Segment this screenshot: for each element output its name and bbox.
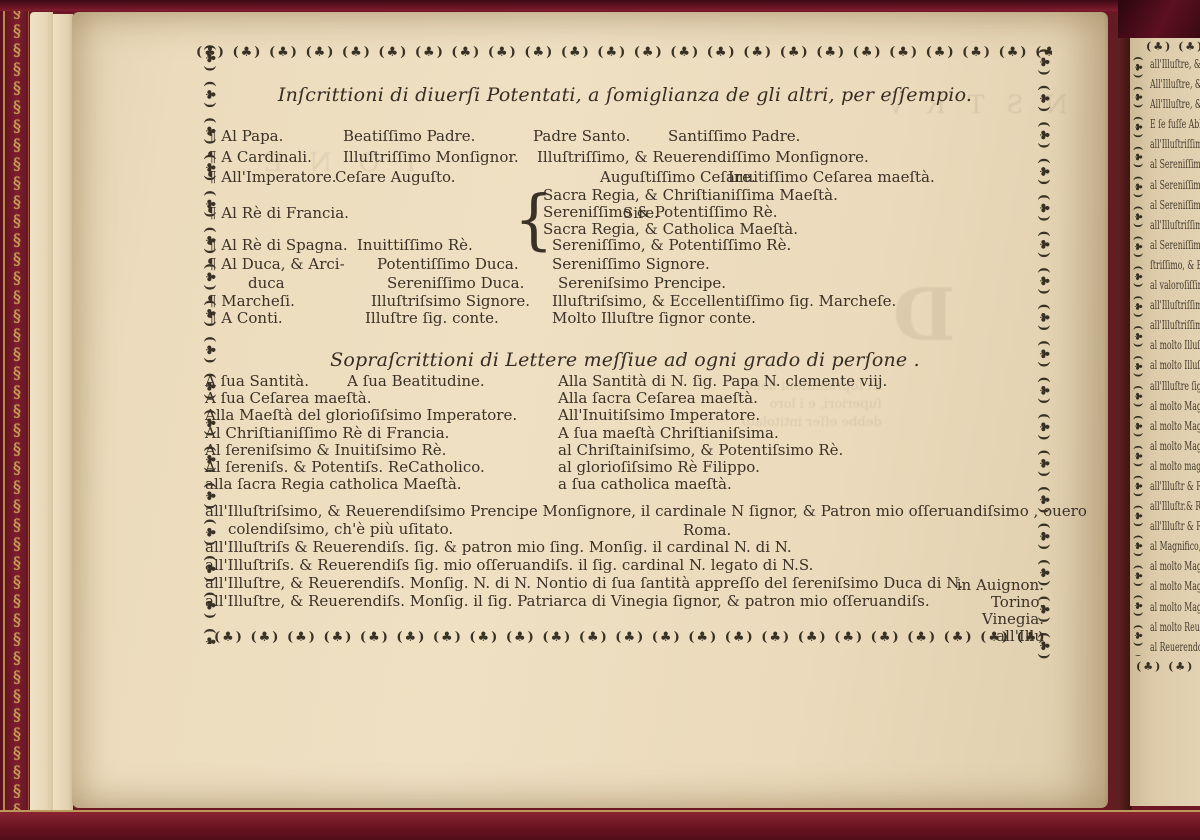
facing-line: all'Illuſtriſſimo f — [1150, 315, 1200, 335]
heading-inscrittioni: Inſcrittioni di diuerſi Potentati, a ſom… — [200, 84, 1050, 106]
row-label: ¶ Al Papa. — [207, 127, 283, 145]
page-stack-edge — [30, 12, 53, 828]
facing-ornament-left: (♣) (♣) (♣) (♣) (♣) (♣) (♣) (♣) (♣) (♣) … — [1133, 56, 1146, 656]
row-label: ¶ Al Rè di Spagna. — [207, 236, 348, 254]
facing-line: al valoroſiſſimo & — [1150, 275, 1200, 295]
row-cell: Sereniſſimo, & Potentiſſimo Rè. — [552, 236, 791, 254]
row-cell: Inuitiſſimo Ceſarea maeſtà. — [728, 168, 935, 186]
place-list: in Auignon.Torino.Vinegia.all'Illu — [860, 577, 1044, 645]
address-line: Al Chriſtianiſſimo Rè di Francia. — [205, 425, 517, 442]
facing-line: all'Illuſtr & Reuer — [1150, 476, 1200, 496]
row-label: ¶ All'Imperatore. — [207, 168, 336, 186]
row-cell: Padre Santo. — [533, 127, 630, 145]
row-cell: Illuſtriſsimo, & Eccellentiſſimo ſig. Ma… — [552, 292, 896, 310]
facing-line: all'Illuſtr & Reuer — [1150, 516, 1200, 536]
row-cell: Inuittiſſimo Rè. — [357, 236, 473, 254]
row-cell: Illuſtre ſig. conte. — [365, 309, 499, 327]
address-line: colendiſsimo, ch'è più uſitato. — [205, 520, 1055, 538]
address-line: All'Inuitiſsimo Imperatore. — [558, 407, 887, 424]
row-cell: Sereniſſimo Signore. — [552, 255, 710, 273]
row-label: ¶ Al Duca, & Arci- — [207, 255, 345, 273]
facing-line: al Sereniſſimo S — [1150, 175, 1200, 195]
row-label-france: ¶ Al Rè di Francia. — [207, 204, 349, 222]
facing-line: ſtriſſimo, & Ec — [1150, 255, 1200, 275]
facing-line: All'Illuſtre, & R — [1150, 74, 1200, 94]
facing-line: al molto Magnifico — [1150, 396, 1200, 416]
facing-line: E ſe fuſſe Abba — [1150, 114, 1200, 134]
row-cell: Ceſare Auguſto. — [335, 168, 456, 186]
book-cover-bottom-edge — [0, 810, 1200, 840]
facing-line: all'Illuſtr.& Reuer — [1150, 496, 1200, 516]
address-line: Alla Maeſtà del glorioſiſsimo Imperatore… — [205, 407, 517, 424]
page-stack-edge — [53, 14, 73, 826]
france-title-line: Sacra Regia, & Catholica Maeſtà. — [543, 221, 838, 238]
france-title-line: Sacra Regia, & Chriſtianiſſima Maeſtà. — [543, 187, 838, 204]
address-line: A ſua Santità. A ſua Beatitudine. — [205, 373, 517, 390]
address-line: all'Illuſtriſsimo, & Reuerendiſsimo Pren… — [205, 502, 1055, 520]
gold-fillet-line — [3, 0, 5, 840]
place-name: in Auignon. — [860, 577, 1044, 594]
row-cell: Illuſtriſſimo Monſignor. — [343, 148, 519, 166]
ornament-border-top: (♣) (♣) (♣) (♣) (♣) (♣) (♣) (♣) (♣) (♣) … — [196, 44, 1052, 63]
superscriptions-right-column: Alla Santità di N. ſig. Papa N. clemente… — [558, 373, 887, 493]
row-cell: Molto Illuſtre ſignor conte. — [552, 309, 756, 327]
book-photo: § § § § § § § § § § § § § § § § § § § § … — [0, 0, 1200, 840]
row-cell: Illuſtriſſimo, & Reuerendiſſimo Monſigno… — [537, 148, 869, 166]
address-line: all'Illuſtriſs. & Reuerendiſs ſig. mio o… — [205, 556, 1055, 574]
facing-line: al molto Illuſtre — [1150, 335, 1200, 355]
facing-line: all'Illuſtre ſignor — [1150, 376, 1200, 396]
address-line: a ſua catholica maeſtà. — [558, 476, 887, 493]
address-line: A ſua maeſtà Chriſtianiſsima. — [558, 425, 887, 442]
facing-line: al molto Illuſtre f — [1150, 355, 1200, 375]
facing-line: al Sereniſſimo D — [1150, 235, 1200, 255]
place-name: Torino. — [860, 594, 1044, 611]
facing-line: al molto Magnifico, — [1150, 576, 1200, 596]
place-name: all'Illu — [860, 628, 1044, 645]
gutter-shadow — [1104, 14, 1132, 810]
facing-line: al molto magnifico — [1150, 456, 1200, 476]
ghost-initial: D — [893, 272, 955, 357]
facing-line: al Sereniſſimo S — [1150, 154, 1200, 174]
france-title-line: Sereniſſimo & Potentiſſimo Rè. — [543, 204, 838, 221]
row-cell: Illuſtriſsimo Signore. — [371, 292, 530, 310]
row-cell: Sereniſsimo Prencipe. — [558, 274, 726, 292]
facing-line: All'Illuſtre, & R — [1150, 94, 1200, 114]
row-label: ¶ A Cardinali. — [207, 148, 312, 166]
france-titles: Sacra Regia, & Chriſtianiſſima Maeſtà.Se… — [543, 187, 838, 238]
address-line: A ſua Ceſarea maeſtà. — [205, 390, 517, 407]
address-line: Al ſereniſsimo & Inuitiſsimo Rè. — [205, 442, 517, 459]
cover-corner — [1118, 0, 1200, 38]
facing-line: all'Illuſtre, & R — [1150, 54, 1200, 74]
row-cell: Potentiſſimo Duca. — [377, 255, 519, 273]
sire-label: Sire. — [623, 204, 659, 222]
book-cover-top-edge — [0, 0, 1200, 11]
place-roma: Roma. — [683, 521, 731, 539]
heading-soprascrittioni: Sopraſcrittioni di Lettere meſſiue ad og… — [200, 349, 1050, 371]
row-label: ¶ A Conti. — [207, 309, 283, 327]
facing-page-lines: all'Illuſtre, & RAll'Illuſtre, & RAll'Il… — [1150, 54, 1200, 657]
address-line: all'Illuſtriſs & Reuerendiſs. ſig. & pat… — [205, 538, 1055, 556]
superscriptions-left-column: A ſua Santità. A ſua Beatitudine.A ſua C… — [205, 373, 517, 493]
facing-line: al molto Magnifico, — [1150, 556, 1200, 576]
facing-line: all'Illuſtriſſimo — [1150, 215, 1200, 235]
gold-tooling-chain: § § § § § § § § § § § § § § § § § § § § … — [7, 2, 27, 838]
facing-ornament-top: (♣) (♣) (♣) (♣) (♣) (♣) (♣) (♣) (♣) (♣) … — [1146, 38, 1200, 54]
address-line: Alla ſacra Ceſarea maeſtà. — [558, 390, 887, 407]
facing-line: al Sereniſſimo C — [1150, 195, 1200, 215]
row-cell: Sereniſſimo Duca. — [387, 274, 524, 292]
row-cell: Santiſſimo Padre. — [668, 127, 800, 145]
address-line: al Chriſtainiſsimo, & Potentiſsimo Rè. — [558, 442, 887, 459]
facing-line: al molto Magnifico — [1150, 436, 1200, 456]
facing-line: all'Illuſtriſſimo, — [1150, 134, 1200, 154]
gold-fillet-line — [28, 0, 29, 840]
row-cell: Beatiſſimo Padre. — [343, 127, 475, 145]
address-line: Alla Santità di N. ſig. Papa N. clemente… — [558, 373, 887, 390]
address-line: Al ſereniſs. & Potentiſs. ReCatholico. — [205, 459, 517, 476]
facing-line: al Reuerendo in Ch — [1150, 637, 1200, 657]
facing-line: al Magnifico,& Re — [1150, 536, 1200, 556]
row-label: duca — [248, 274, 285, 292]
facing-line: al molto Reuerendo — [1150, 617, 1200, 637]
facing-line: all'Illuſtriſſimo & — [1150, 295, 1200, 315]
address-line: alla ſacra Regia catholica Maeſtà. — [205, 476, 517, 493]
row-label: ¶ Marcheſi. — [207, 292, 295, 310]
address-line: al glorioſiſsimo Rè Filippo. — [558, 459, 887, 476]
facing-ornament-bottom: (♣) (♣) (♣) (♣) (♣) (♣) (♣) (♣) (♣) (♣) … — [1136, 658, 1198, 676]
place-name: Vinegia. — [860, 611, 1044, 628]
facing-line: al molto Magnifico, — [1150, 597, 1200, 617]
facing-line: al molto Magnifico — [1150, 416, 1200, 436]
